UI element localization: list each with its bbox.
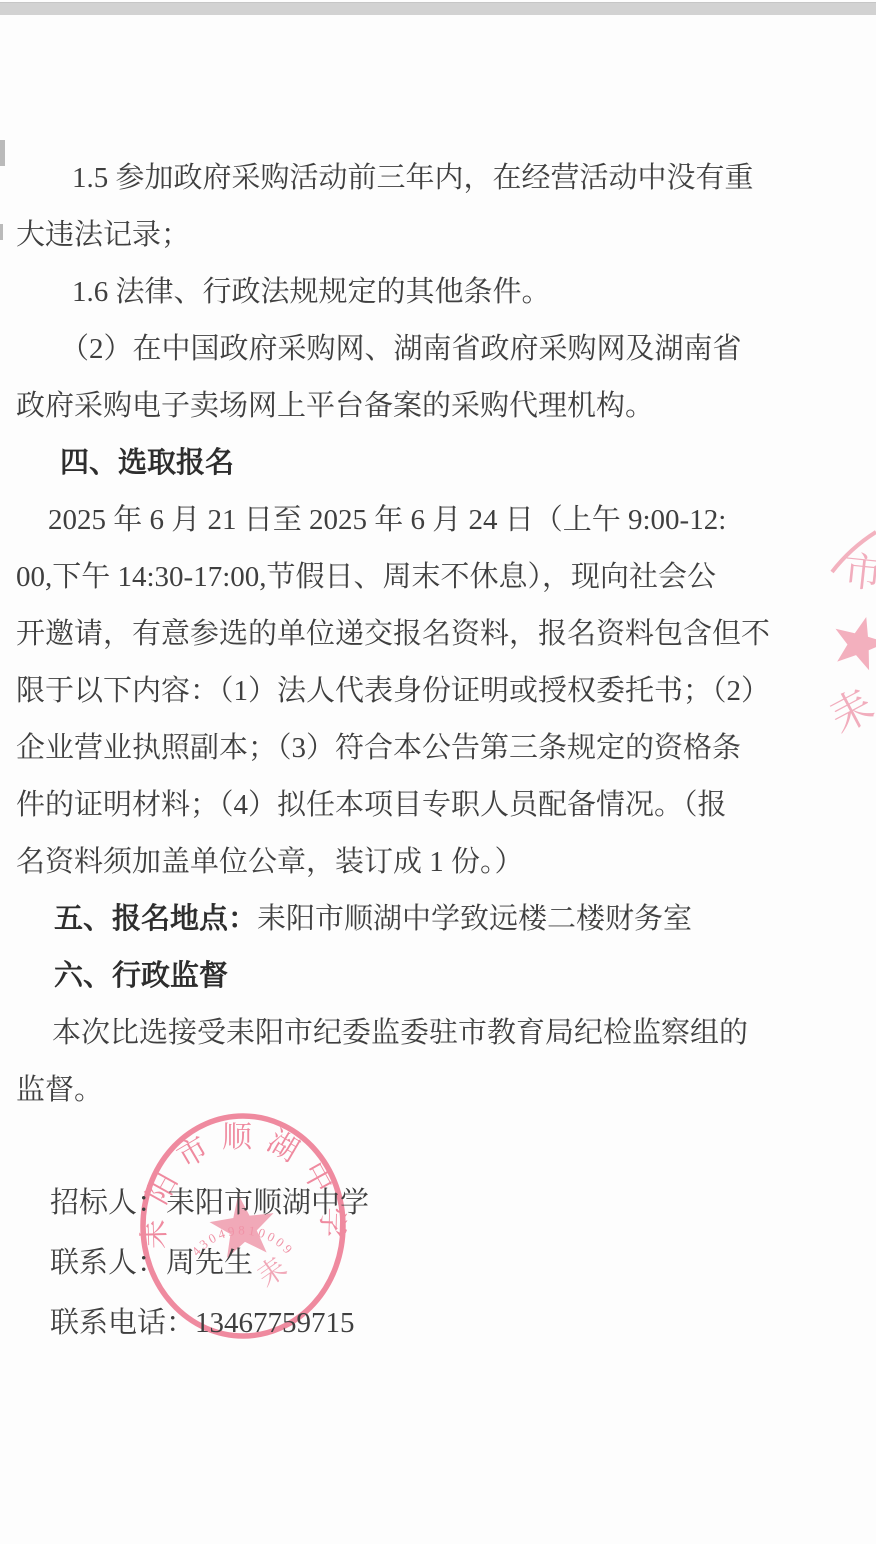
text-line: （2）在中国政府采购网、湖南省政府采购网及湖南省: [0, 321, 876, 378]
text-line: 五、报名地点：耒阳市顺湖中学致远楼二楼财务室: [0, 891, 876, 948]
signature-block: 招标人：耒阳市顺湖中学联系人：周先生联系电话：13467759715: [0, 1173, 876, 1353]
text-line: 六、行政监督: [0, 948, 876, 1005]
text-line: 政府采购电子卖场网上平台备案的采购代理机构。: [0, 378, 876, 435]
text-line: 件的证明材料；（4）拟任本项目专职人员配备情况。（报: [0, 777, 876, 834]
signature-line: 招标人：耒阳市顺湖中学: [0, 1173, 876, 1233]
line-heading-prefix: 五、报名地点：: [54, 903, 257, 935]
document-lines: 1.5 参加政府采购活动前三年内，在经营活动中没有重大违法记录；1.6 法律、行…: [0, 150, 876, 1119]
text-line: 00,下午 14:30-17:00,节假日、周末不休息），现向社会公: [0, 549, 876, 606]
signature-line: 联系电话：13467759715: [0, 1293, 876, 1353]
signature-line: 联系人：周先生: [0, 1233, 876, 1293]
text-line: 企业营业执照副本；（3）符合本公告第三条规定的资格条: [0, 720, 876, 777]
scan-top-bar: [0, 2, 876, 15]
text-line: 名资料须加盖单位公章，装订成 1 份。）: [0, 834, 876, 891]
text-line: 本次比选接受耒阳市纪委监委驻市教育局纪检监察组的: [0, 1005, 876, 1062]
text-line: 监督。: [0, 1062, 876, 1119]
text-line: 1.6 法律、行政法规规定的其他条件。: [0, 264, 876, 321]
scanned-document-page: 耒阳市顺湖中学 43049810009 耒 市 耒 1.5 参加政府采购活动前三…: [0, 0, 876, 1544]
text-line: 四、选取报名: [0, 435, 876, 492]
text-line: 限于以下内容：（1）法人代表身份证明或授权委托书；（2）: [0, 663, 876, 720]
text-line: 1.5 参加政府采购活动前三年内，在经营活动中没有重: [0, 150, 876, 207]
text-line: 大违法记录；: [0, 207, 876, 264]
text-line: 2025 年 6 月 21 日至 2025 年 6 月 24 日（上午 9:00…: [0, 492, 876, 549]
document-body: 1.5 参加政府采购活动前三年内，在经营活动中没有重大违法记录；1.6 法律、行…: [0, 150, 876, 1353]
line-text: 耒阳市顺湖中学致远楼二楼财务室: [257, 903, 692, 935]
text-line: 开邀请，有意参选的单位递交报名资料，报名资料包含但不: [0, 606, 876, 663]
